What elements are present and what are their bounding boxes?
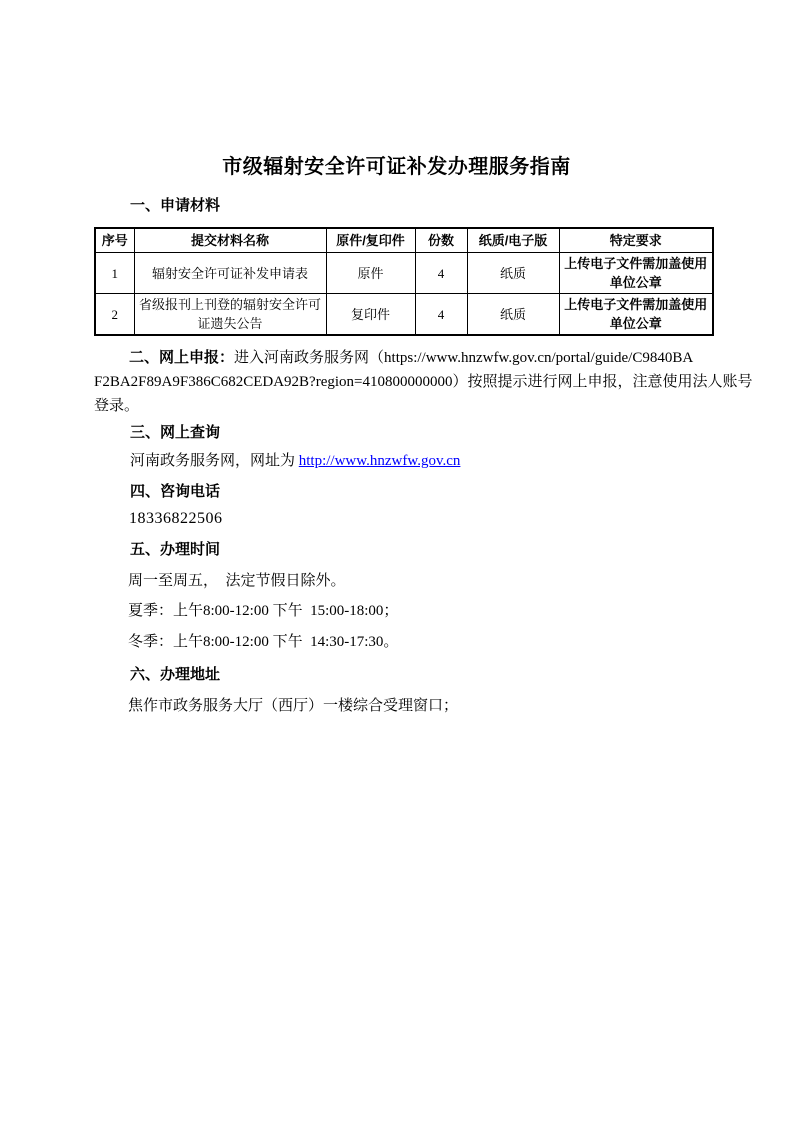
cell-seq: 1	[95, 253, 134, 294]
section-6-heading: 六、办理地址	[130, 666, 220, 684]
section-5-heading: 五、办理时间	[130, 541, 220, 559]
cell-material-name: 省级报刊上刊登的辐射安全许可证遗失公告	[134, 294, 326, 336]
section-2-heading: 二、网上申报：	[129, 349, 234, 366]
schedule-line: 冬季：上午8:00-12:00 下午 14:30-17:30。	[128, 633, 398, 651]
online-application-paragraph: 二、网上申报：进入河南政务服务网（https://www.hnzwfw.gov.…	[94, 346, 722, 418]
document-page: 市级辐射安全许可证补发办理服务指南 一、申请材料 序号 提交材料名称 原件/复印…	[0, 0, 793, 1122]
cell-original-or-copy: 原件	[326, 253, 415, 294]
portal-link[interactable]: http://www.hnzwfw.gov.cn	[299, 453, 461, 469]
paragraph-line: F2BA2F89A9F386C682CEDA92B?region=4108000…	[94, 370, 722, 394]
document-title: 市级辐射安全许可证补发办理服务指南	[0, 154, 793, 180]
portal-guide-url: F2BA2F89A9F386C682CEDA92B?region=4108000…	[94, 374, 452, 390]
table-row: 2 省级报刊上刊登的辐射安全许可证遗失公告 复印件 4 纸质 上传电子文件需加盖…	[95, 294, 713, 336]
paragraph-line: 登录。	[94, 394, 722, 418]
section-3-heading: 三、网上查询	[130, 424, 220, 442]
table-header-row: 序号 提交材料名称 原件/复印件 份数 纸质/电子版 特定要求	[95, 228, 713, 253]
online-query-line: 河南政务服务网，网址为 http://www.hnzwfw.gov.cn	[130, 452, 460, 470]
address-line: 焦作市政务服务大厅（西厅）一楼综合受理窗口；	[128, 697, 458, 715]
cell-material-name: 辐射安全许可证补发申请表	[134, 253, 326, 294]
cell-requirement: 上传电子文件需加盖使用单位公章	[559, 253, 713, 294]
section-1-heading: 一、申请材料	[130, 197, 220, 215]
query-text: 河南政务服务网，网址为	[130, 453, 299, 469]
paragraph-text: ）按照提示进行网上申报，注意使用法人账号	[452, 374, 752, 390]
header-requirement: 特定要求	[559, 228, 713, 253]
cell-requirement: 上传电子文件需加盖使用单位公章	[559, 294, 713, 336]
paragraph-text: 进入河南政务服务网（	[234, 350, 384, 366]
cell-original-or-copy: 复印件	[326, 294, 415, 336]
cell-medium: 纸质	[467, 294, 559, 336]
header-material-name: 提交材料名称	[134, 228, 326, 253]
header-medium: 纸质/电子版	[467, 228, 559, 253]
schedule-line: 周一至周五， 法定节假日除外。	[128, 572, 346, 590]
schedule-line: 夏季：上午8:00-12:00 下午 15:00-18:00；	[128, 602, 398, 620]
cell-seq: 2	[95, 294, 134, 336]
table-row: 1 辐射安全许可证补发申请表 原件 4 纸质 上传电子文件需加盖使用单位公章	[95, 253, 713, 294]
paragraph-line: 二、网上申报：进入河南政务服务网（https://www.hnzwfw.gov.…	[94, 346, 722, 370]
phone-number: 18336822506	[129, 510, 223, 528]
cell-copies: 4	[415, 253, 467, 294]
paragraph-text: 登录。	[94, 398, 139, 414]
section-4-heading: 四、咨询电话	[130, 483, 220, 501]
portal-guide-url: https://www.hnzwfw.gov.cn/portal/guide/C…	[384, 350, 693, 366]
materials-table: 序号 提交材料名称 原件/复印件 份数 纸质/电子版 特定要求 1 辐射安全许可…	[94, 227, 714, 336]
header-original-or-copy: 原件/复印件	[326, 228, 415, 253]
header-seq: 序号	[95, 228, 134, 253]
header-copies: 份数	[415, 228, 467, 253]
cell-medium: 纸质	[467, 253, 559, 294]
cell-copies: 4	[415, 294, 467, 336]
